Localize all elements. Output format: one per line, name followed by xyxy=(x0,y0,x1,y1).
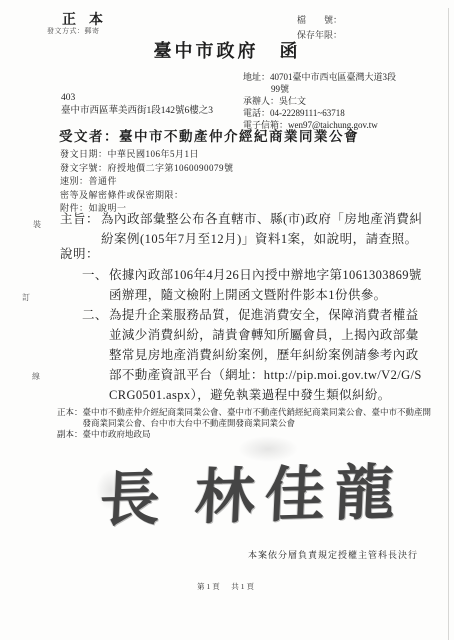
distribution-block: 正本： 臺中市不動產仲介經紀商業同業公會、臺中市不動產代銷經紀商業同業公會、臺中… xyxy=(57,407,449,440)
mayor-signature: 長 林佳龍 xyxy=(98,443,442,538)
file-number-label: 檔 號： xyxy=(297,13,342,26)
binding-mark-xian: 線 xyxy=(32,371,40,382)
sender-phone: 電話：04-22289111~63718 xyxy=(243,107,396,119)
copy-label: 副本： xyxy=(57,429,83,440)
speed-class: 速別：普通件 xyxy=(60,175,234,189)
original-label: 正本： xyxy=(57,407,83,429)
recipient-address-block: 403 臺中市西區華美西街1段142號6樓之3 xyxy=(61,92,213,117)
description-item-1: 一、 依據內政部106年4月26日內授中辦地字第1061303869號函辦理，隨… xyxy=(82,265,432,305)
delivery-method-label: 發文方式：郵寄 xyxy=(47,26,100,36)
description-label: 說明： xyxy=(60,244,99,262)
sender-contact-block: 地址：40701臺中市西屯區臺灣大道3段 99號 承辦人：吳仁文 電話：04-2… xyxy=(243,71,396,131)
recipient-street-address: 臺中市西區華美西街1段142號6樓之3 xyxy=(61,105,213,118)
delegation-note: 本案依分層負責規定授權主管科長決行 xyxy=(248,548,418,561)
document-meta-block: 發文日期：中華民國106年5月1日 發文字號：府授地價二字第1060090079… xyxy=(60,148,234,216)
subject-text: 為內政部彙整公布各直轄市、縣(市)政府「房地產消費糾紛案例(105年7月至12月… xyxy=(101,210,423,249)
page-number-footer: 第1頁 共1頁 xyxy=(197,581,256,592)
document-title: 臺中市政府 函 xyxy=(0,37,454,63)
scan-page-edge xyxy=(448,8,449,640)
security-class: 密等及解密條件或保密期限： xyxy=(60,189,234,203)
sender-address-line1: 地址：40701臺中市西屯區臺灣大道3段 xyxy=(243,71,396,83)
sender-contact-person: 承辦人：吳仁文 xyxy=(243,95,396,107)
original-recipients: 臺中市不動產仲介經紀商業同業公會、臺中市不動產代銷經紀商業同業公會、臺中市不動產… xyxy=(83,407,435,429)
binding-mark-zhuang: 裝 xyxy=(33,219,41,230)
item-number: 二、 xyxy=(82,305,109,405)
binding-mark-ding: 訂 xyxy=(22,292,30,303)
recipient-zip: 403 xyxy=(61,92,213,105)
item-text: 依據內政部106年4月26日內授中辦地字第1061303869號函辦理，隨文檢附… xyxy=(109,265,430,305)
scanned-official-letter: 正本 發文方式：郵寄 檔 號： 保存年限： 臺中市政府 函 地址：40701臺中… xyxy=(0,0,454,640)
item-text: 為提升企業服務品質，促進消費安全，保障消費者權益並減少消費糾紛，請貴會轉知所屬會… xyxy=(109,305,430,405)
sender-address-line2: 99號 xyxy=(243,83,396,95)
item-number: 一、 xyxy=(82,265,109,305)
subject-row: 主旨： 為內政部彙整公布各直轄市、縣(市)政府「房地產消費糾紛案例(105年7月… xyxy=(60,210,423,249)
recipient-line: 受文者：臺中市不動產仲介經紀商業同業公會 xyxy=(59,125,359,145)
issue-number: 發文字號：府授地價二字第1060090079號 xyxy=(60,162,234,176)
description-items: 一、 依據內政部106年4月26日內授中辦地字第1061303869號函辦理，隨… xyxy=(82,265,432,405)
original-recipients-row: 正本： 臺中市不動產仲介經紀商業同業公會、臺中市不動產代銷經紀商業同業公會、臺中… xyxy=(57,407,449,429)
description-item-2: 二、 為提升企業服務品質，促進消費安全，保障消費者權益並減少消費糾紛，請貴會轉知… xyxy=(82,305,432,405)
issue-date: 發文日期：中華民國106年5月1日 xyxy=(60,148,234,162)
